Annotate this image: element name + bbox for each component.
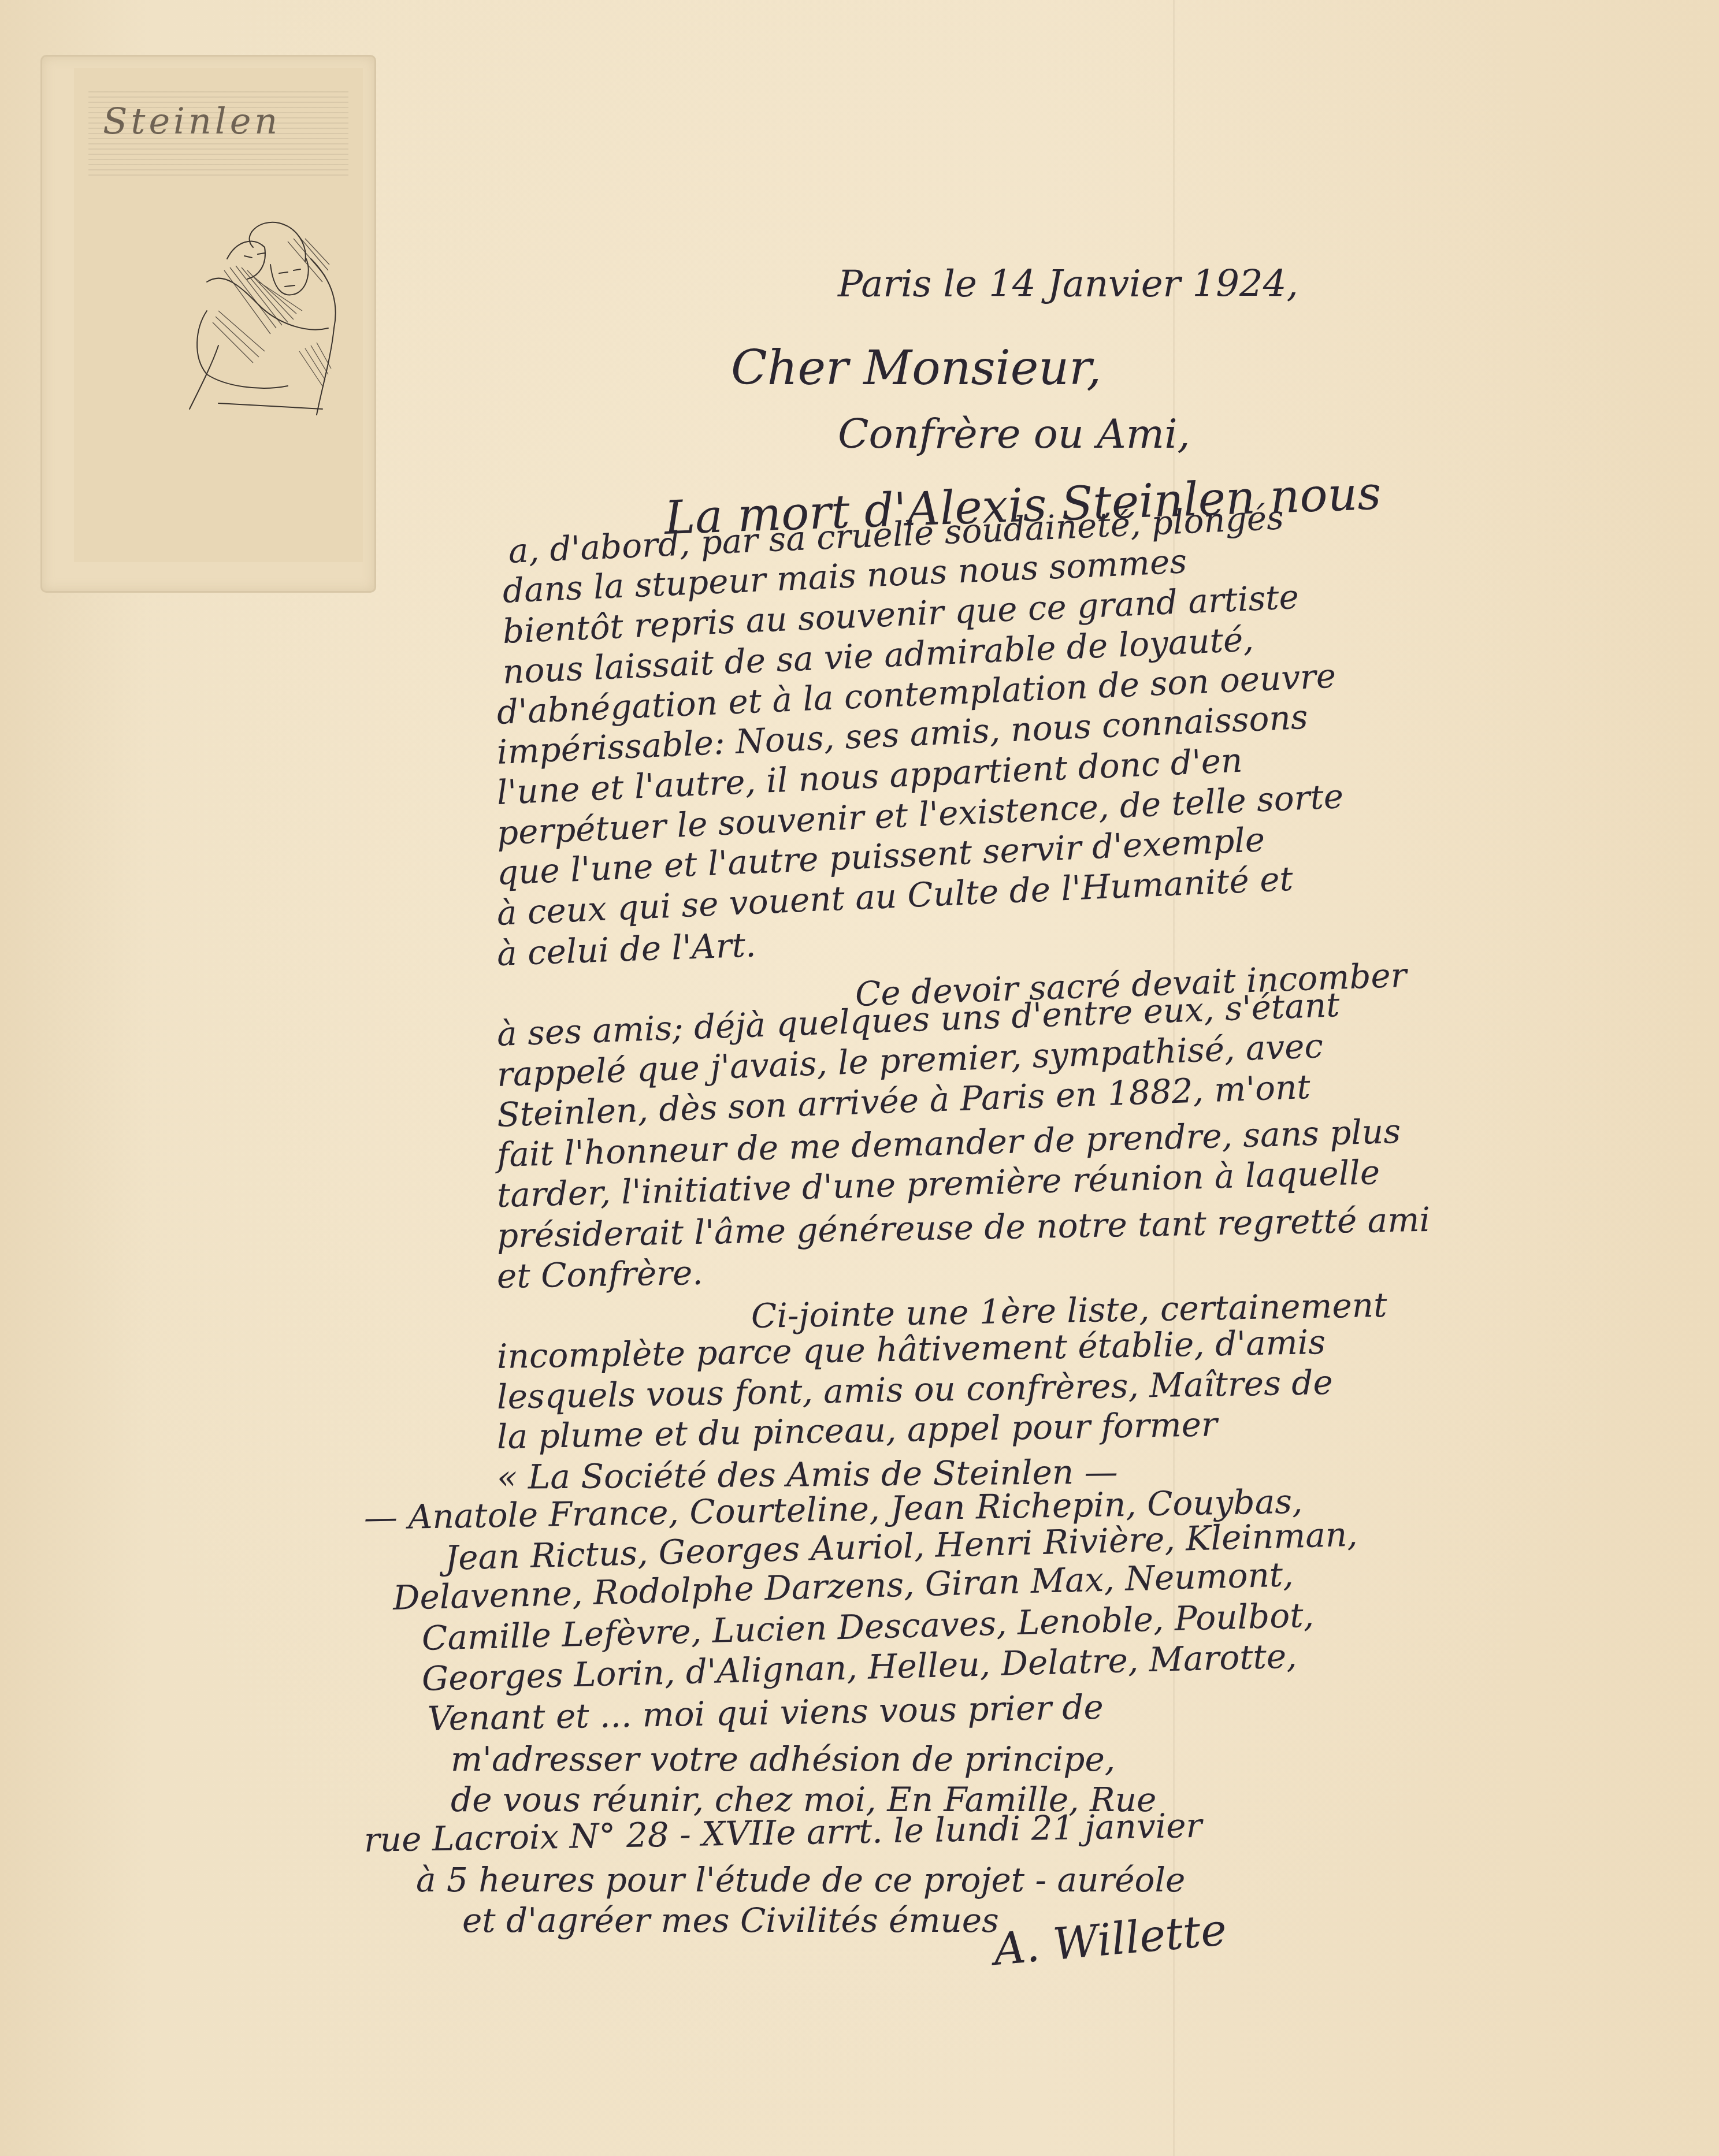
- etching-image-area: Steinlen: [74, 68, 363, 562]
- mother-child-sketch-icon: [172, 213, 363, 432]
- salutation-line-1: Cher Monsieur,: [731, 341, 1101, 396]
- closing-line: et d'agréer mes Civilités émues: [462, 1901, 999, 1940]
- letter-line: et Confrère.: [496, 1252, 703, 1295]
- etching-plate: Steinlen: [40, 55, 376, 593]
- letter-date: Paris le 14 Janvier 1924,: [838, 263, 1298, 306]
- salutation-line-2: Confrère ou Ami,: [838, 410, 1190, 458]
- etching-signature: Steinlen: [103, 100, 281, 142]
- letter-line: m'adresser votre adhésion de principe,: [451, 1739, 1115, 1779]
- meeting-time-line: à 5 heures pour l'étude de ce projet - a…: [416, 1860, 1185, 1899]
